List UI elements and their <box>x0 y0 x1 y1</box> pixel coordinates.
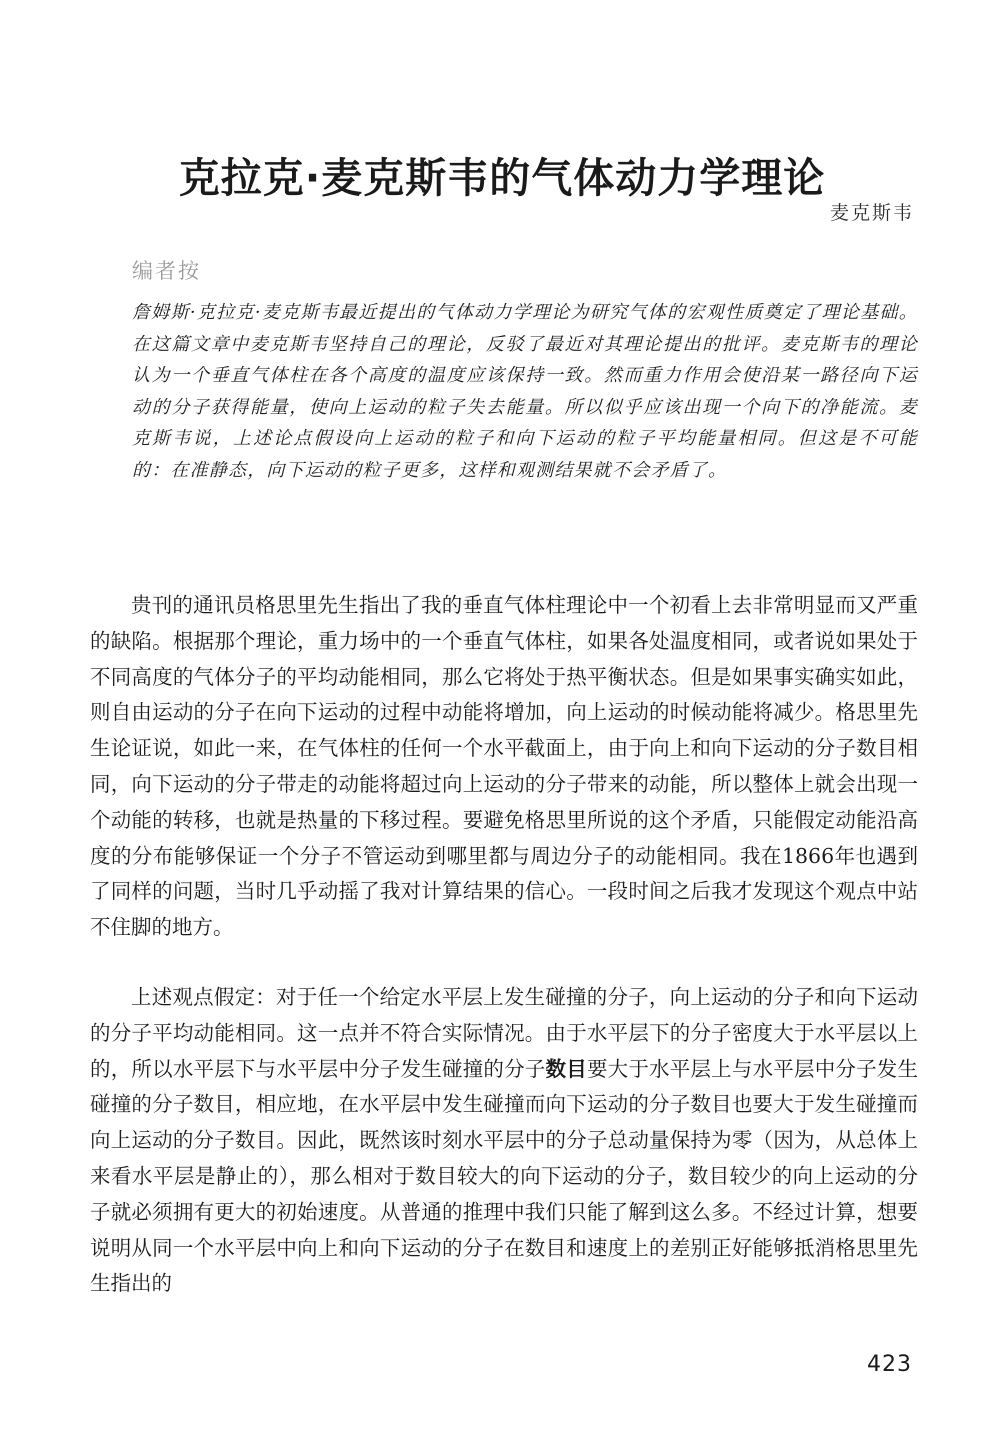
article-body: 贵刊的通讯员格思里先生指出了我的垂直气体柱理论中一个初看上去非常明显而又严重的缺… <box>90 588 918 1302</box>
author-name: 麦克斯韦 <box>830 198 914 225</box>
editor-note-text: 詹姆斯·克拉克·麦克斯韦最近提出的气体动力学理论为研究气体的宏观性质奠定了理论基… <box>132 297 918 486</box>
editor-note-label: 编者按 <box>132 255 201 285</box>
body-paragraph-1: 贵刊的通讯员格思里先生指出了我的垂直气体柱理论中一个初看上去非常明显而又严重的缺… <box>90 588 918 946</box>
page-title: 克拉克·麦克斯韦的气体动力学理论 <box>0 145 1004 204</box>
body-paragraph-2: 上述观点假定：对于任一个给定水平层上发生碰撞的分子，向上运动的分子和向下运动的分… <box>90 980 918 1302</box>
page-number: 423 <box>867 1352 912 1377</box>
bold-term: 数目 <box>546 1057 587 1081</box>
paragraph-2-text-end: 要大于水平层上与水平层中分子发生碰撞的分子数目，相应地，在水平层中发生碰撞而向下… <box>90 1057 918 1296</box>
